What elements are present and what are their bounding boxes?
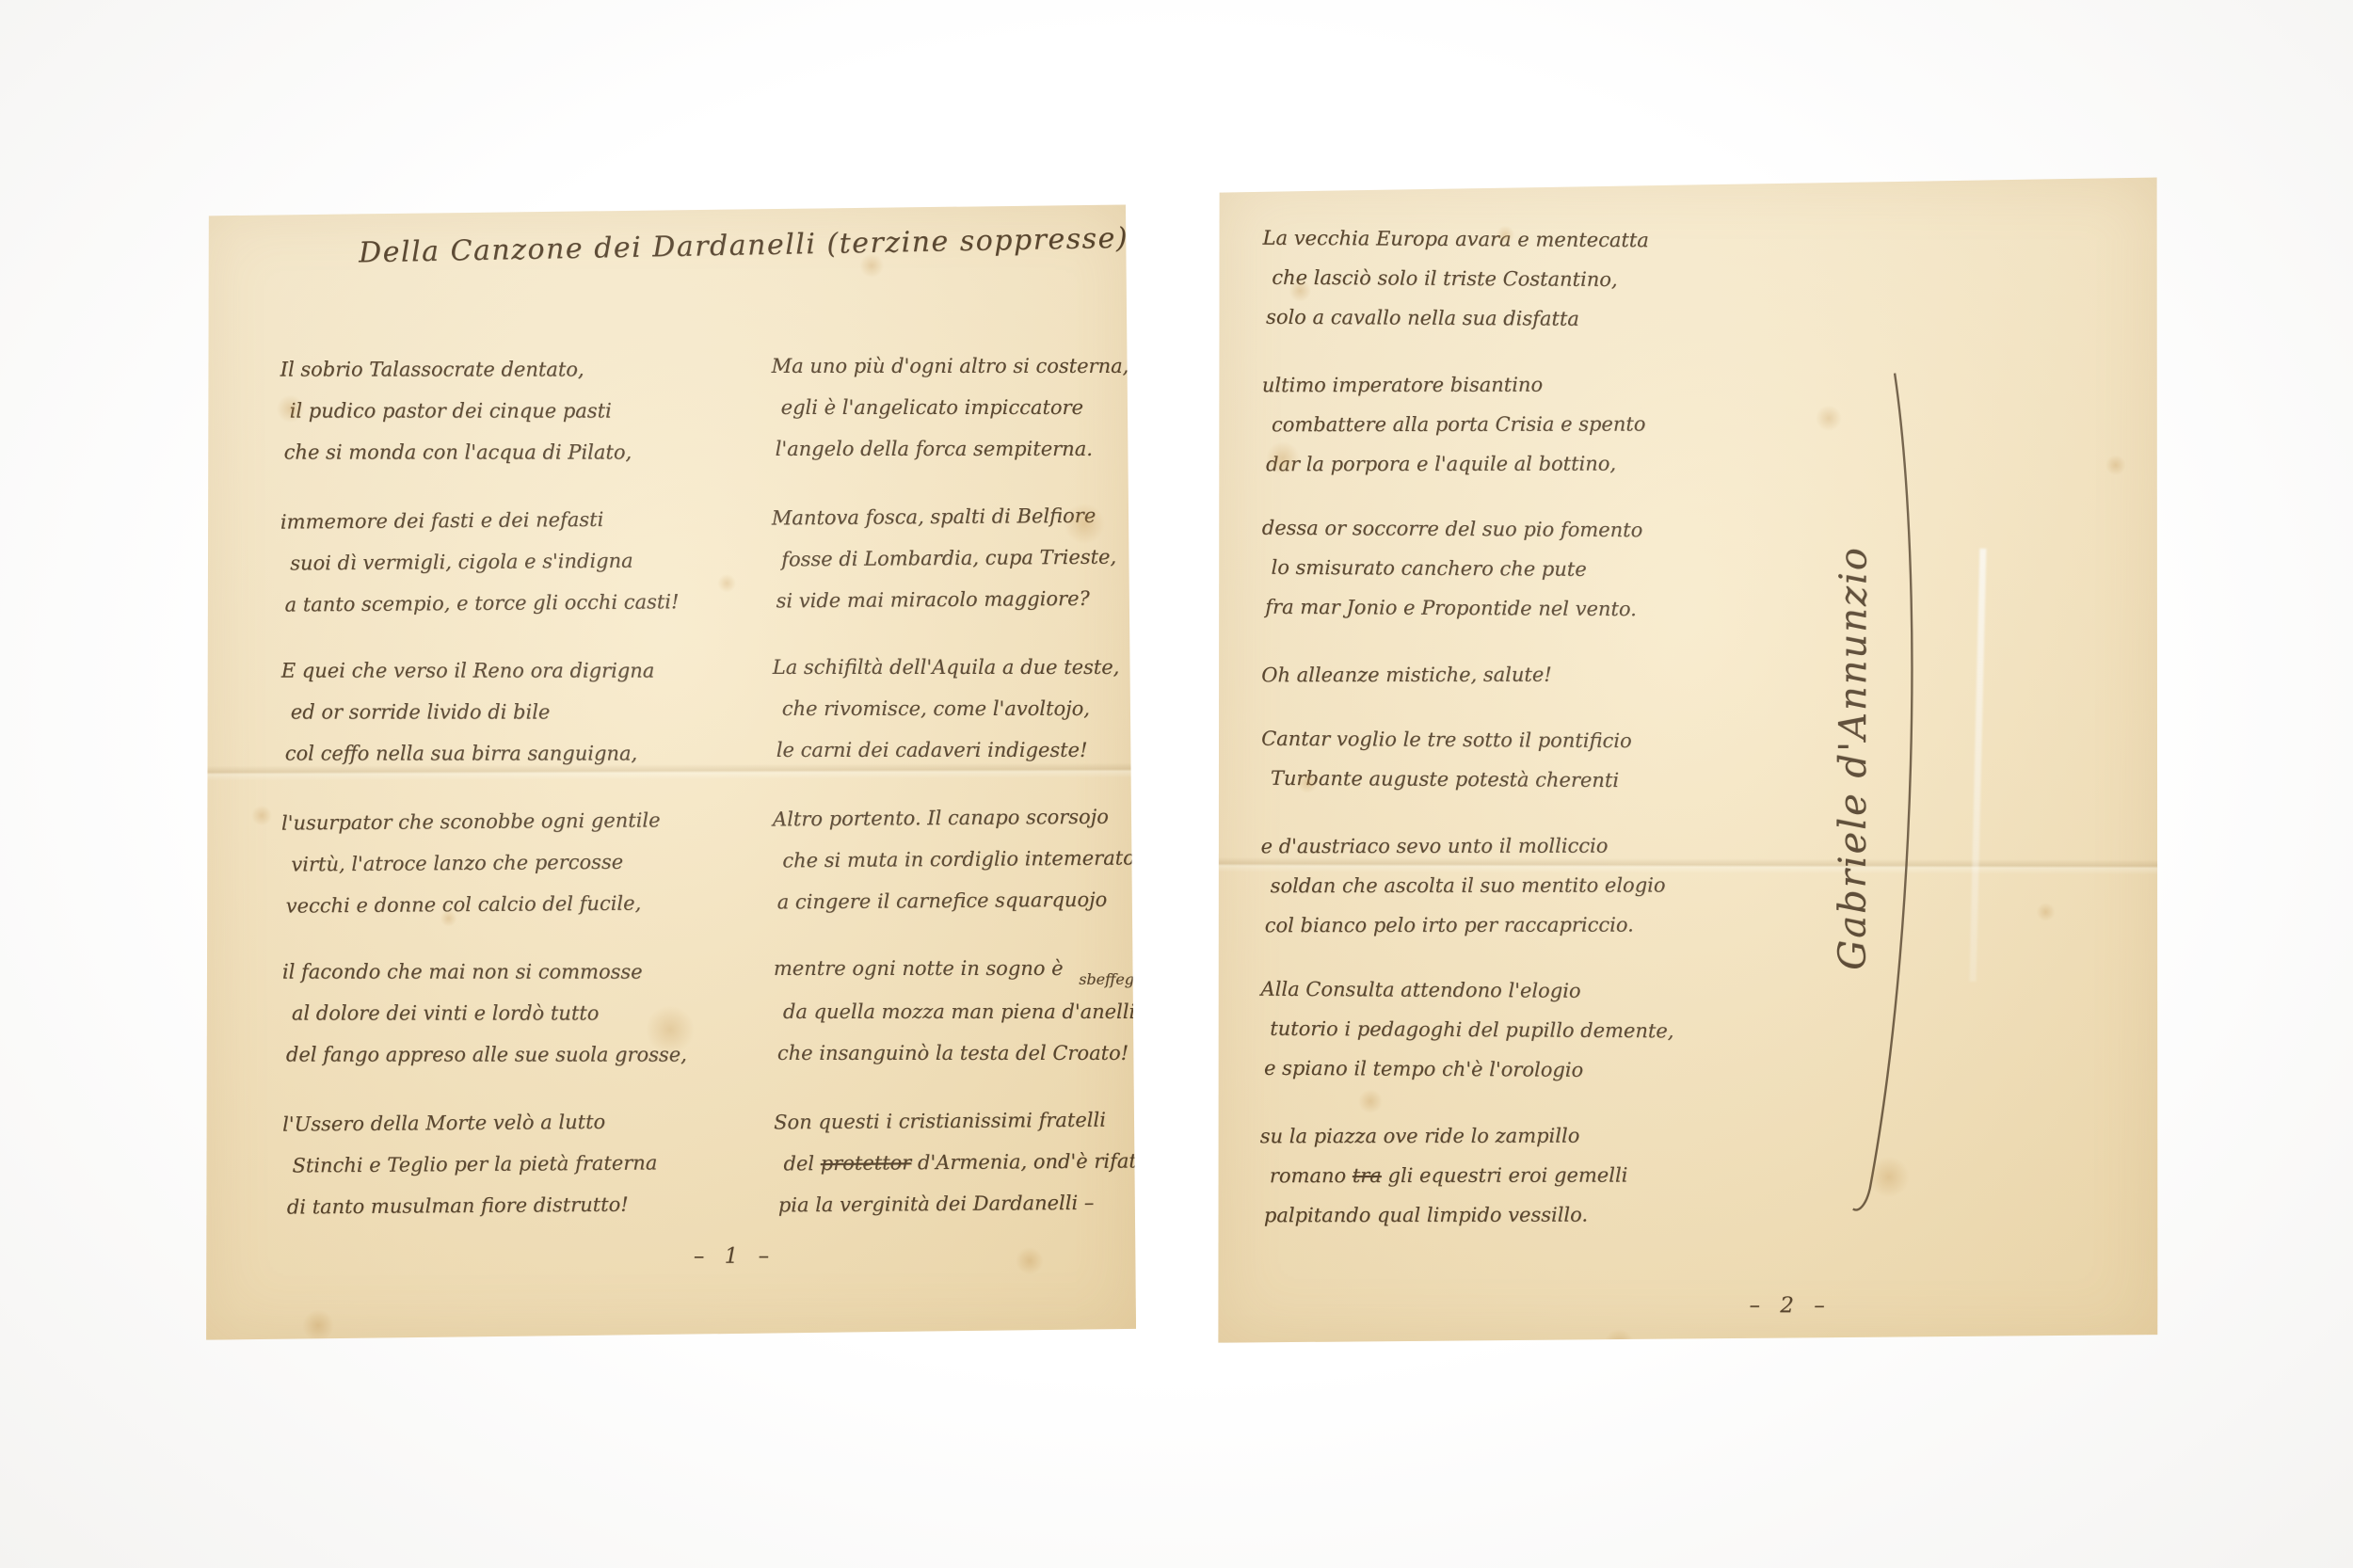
verse-line: a tanto scempio, e torce gli occhi casti… [284, 580, 770, 625]
inserted-word: sbeffeggiato [1079, 959, 1173, 1000]
verse-line: si vide mai miracolo maggiore? [776, 577, 1135, 621]
verse-line: che lasciò solo il triste Costantino, [1272, 258, 1874, 301]
verse-column-left: Il sobrio Talassocrate dentato,il pudico… [280, 348, 772, 1254]
manuscript-page-2: La vecchia Europa avara e mentecattache … [1214, 174, 2160, 1346]
verse-line: che insanguinò la testa del Croato! [777, 1032, 1137, 1074]
verse-line: Son questi i cristianissimi fratelli [774, 1098, 1137, 1143]
verse-column-right: Ma uno più d'ogni altro si costerna,egli… [771, 344, 1137, 1251]
stanza: La schifiltà dell'Aquila a due teste,che… [773, 647, 1136, 771]
verse-line: le carni dei cadaveri indigeste! [776, 729, 1136, 771]
paper-crack [1970, 549, 1987, 982]
verse-line: solo a cavallo nella sua disfatta [1266, 297, 1874, 341]
stanza: Ma uno più d'ogni altro si costerna,egli… [772, 345, 1135, 470]
verse-line: La vecchia Europa avara e mentecatta [1262, 218, 1874, 262]
verse-line: a cingere il carnefice squarquojo [777, 878, 1137, 922]
stanza: l'usurpator che sconobbe ogni gentilevir… [281, 798, 772, 926]
page-number: – 2 – [1749, 1293, 1831, 1318]
foxing-stain [1016, 1247, 1044, 1275]
stanza: l'Ussero della Morte velò a luttoStinchi… [282, 1099, 773, 1227]
stanza: Mantova fosca, spalti di Belfiorefosse d… [772, 494, 1136, 621]
stanza: La vecchia Europa avara e mentecattache … [1262, 218, 1875, 341]
manuscript-page-1: Della Canzone dei Dardanelli (terzine so… [200, 203, 1136, 1339]
verse-line: del protettor d'Armenia, ond'è rifatta [783, 1140, 1137, 1184]
verse-line: La schifiltà dell'Aquila a due teste, [773, 647, 1136, 688]
verse-line: pia la verginità dei Dardanelli – [778, 1181, 1138, 1225]
verse-line: immemore dei fasti e dei nefasti [280, 497, 770, 542]
stanza: immemore dei fasti e dei nefastisuoi dì … [280, 497, 771, 625]
verse-line: mentre ogni notte in sogno è sbeffeggiat… [774, 948, 1137, 991]
verse-line: Mantova fosca, spalti di Belfiore [772, 494, 1135, 538]
foxing-stain [2037, 903, 2056, 921]
verse-line: egli è l'angelicato impiccatore [781, 387, 1135, 428]
verse-line: vecchi e donne col calcio del fucile, [286, 881, 772, 926]
verse-line: fosse di Lombardia, cupa Trieste, [781, 536, 1135, 580]
verse-line: col ceffo nella sua birra sanguigna, [285, 733, 771, 775]
verse-line: del fango appreso alle sue suola grosse, [286, 1034, 772, 1076]
verse-line: Ma uno più d'ogni altro si costerna, [772, 345, 1135, 387]
signature-gabriele-dannunzio: Gabriele d'Annunzio [1831, 546, 1875, 970]
stanza: il facondo che mai non si commosseal dol… [282, 952, 772, 1076]
verse-line: il facondo che mai non si commosse [282, 952, 772, 993]
foxing-stain [511, 1358, 534, 1381]
verse-line: E quei che verso il Reno ora digrigna [281, 650, 771, 692]
stanza: mentre ogni notte in sogno è sbeffeggiat… [774, 948, 1137, 1074]
verse-line: l'Ussero della Morte velò a lutto [282, 1099, 772, 1144]
manuscript-photo: Della Canzone dei Dardanelli (terzine so… [0, 0, 2353, 1568]
page-number: – 1 – [694, 1244, 776, 1269]
verse-line: il pudico pastor dei cinque pasti [290, 391, 770, 432]
verse-line: che si muta in cordiglio intemerato [782, 837, 1136, 881]
struck-word: protettor [821, 1151, 912, 1175]
signature-block: Gabriele d'Annunzio [1772, 360, 1934, 1225]
verse-line: Stinchi e Teglio per la pietà fraterna [292, 1141, 772, 1186]
verse-line: che si monda con l'acqua di Pilato, [284, 432, 770, 473]
foxing-stain [302, 1309, 334, 1341]
verse-line: l'angelo della forca sempiterna. [776, 428, 1135, 470]
stanza: Son questi i cristianissimi fratellidel … [774, 1098, 1138, 1225]
verse-line: virtù, l'atroce lanzo che percosse [291, 840, 771, 885]
verse-line: al dolore dei vinti e lordò tutto [292, 993, 772, 1034]
stanza: Altro portento. Il canapo scorsojoche si… [773, 795, 1137, 922]
verse-line: suoi dì vermigli, cigola e s'indigna [290, 538, 770, 584]
verse-line: Altro portento. Il canapo scorsojo [773, 795, 1136, 840]
manuscript-title: Della Canzone dei Dardanelli (terzine so… [359, 222, 1112, 269]
foxing-stain [251, 805, 272, 825]
verse-line: che rivomisce, come l'avoltojo, [782, 688, 1136, 729]
foxing-stain [2105, 455, 2126, 475]
stanza: E quei che verso il Reno ora digrignaed … [281, 650, 771, 775]
verse-line: ed or sorride livido di bile [291, 692, 771, 733]
foxing-stain [1604, 1329, 1634, 1359]
verse-line: di tanto musulman fiore distrutto! [287, 1182, 773, 1227]
stanza: Il sobrio Talassocrate dentato,il pudico… [280, 349, 770, 473]
verse-line: Il sobrio Talassocrate dentato, [280, 349, 770, 391]
struck-word: tra [1353, 1164, 1382, 1187]
verse-line: l'usurpator che sconobbe ogni gentile [281, 798, 771, 843]
